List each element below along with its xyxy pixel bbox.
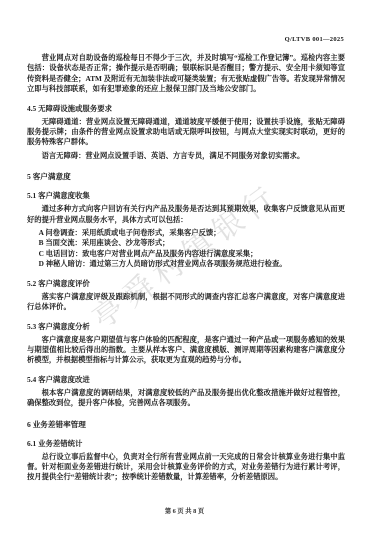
list-item: B 当面交流：采用座谈会、沙龙等形式； [39, 238, 345, 248]
subsection-heading: 5.1 客户满意度收集 [27, 190, 345, 201]
section-heading: 6 业务差错率管理 [27, 419, 345, 430]
list-item: C 电话回访：致电客户对营业网点产品及服务内容进行满意度采集； [39, 249, 345, 259]
paragraph: 总行设立事后监督中心，负责对全行所有营业网点前一天完成的日常会计核算业务进行集中… [27, 452, 345, 483]
subsection-heading: 4.5 无障碍设施或服务要求 [27, 103, 345, 114]
paragraph: 语言无障碍：营业网点设置手语、英语、方言专员，满足不同服务对象切实需求。 [27, 151, 345, 161]
paragraph: 根本客户满意度的调研结果，对满意度较低的产品及服务提出优化整改措施并做好过程管控… [27, 388, 345, 409]
document-reference-number: Q/LTVB 001—2025 [285, 36, 344, 43]
subsection-heading: 6.1 业务差错统计 [27, 438, 345, 449]
page-number-footer: 第 6 页 共 8 页 [0, 506, 369, 515]
paragraph: 落实客户满意度评级及跟踪机制，根据不同形式的调查内容汇总客户满意度，对客户满意度… [27, 292, 345, 313]
paragraph: 营业网点对自助设备的巡检每日不得少于三次，并及时填写“巡检工作登记簿”。巡检内容… [27, 53, 345, 95]
section-heading: 5 客户满意度 [27, 171, 345, 182]
document-page: 亭舜村镇银行 Q/LTVB 001—2025 营业网点对自助设备的巡检每日不得少… [0, 0, 369, 535]
paragraph: 通过多种方式向客户回访有关行内产品及服务是否达到其预期效果，收集客户反馈意见从而… [27, 204, 345, 225]
paragraph: 无障碍通道：营业网点设置无障碍通道，通道坡度平缓便于使用；设置扶手设施，张贴无障… [27, 117, 345, 148]
document-body: 营业网点对自助设备的巡检每日不得少于三次，并及时填写“巡检工作登记簿”。巡检内容… [27, 50, 345, 486]
paragraph: 客户满意度是客户期望值与客户体验的匹配程度，是客户通过一种产品或一项服务感知的效… [27, 335, 345, 366]
list-item: A 问卷调查：采用纸质或电子问卷形式，采集客户反馈； [39, 228, 345, 238]
subsection-heading: 5.2 客户满意度评价 [27, 278, 345, 289]
subsection-heading: 5.3 客户满意度分析 [27, 321, 345, 332]
subsection-heading: 5.4 客户满意度改进 [27, 374, 345, 385]
list-item: D 神秘人暗访：通过第三方人员暗访形式对营业网点各项服务规范进行检查。 [39, 259, 345, 269]
